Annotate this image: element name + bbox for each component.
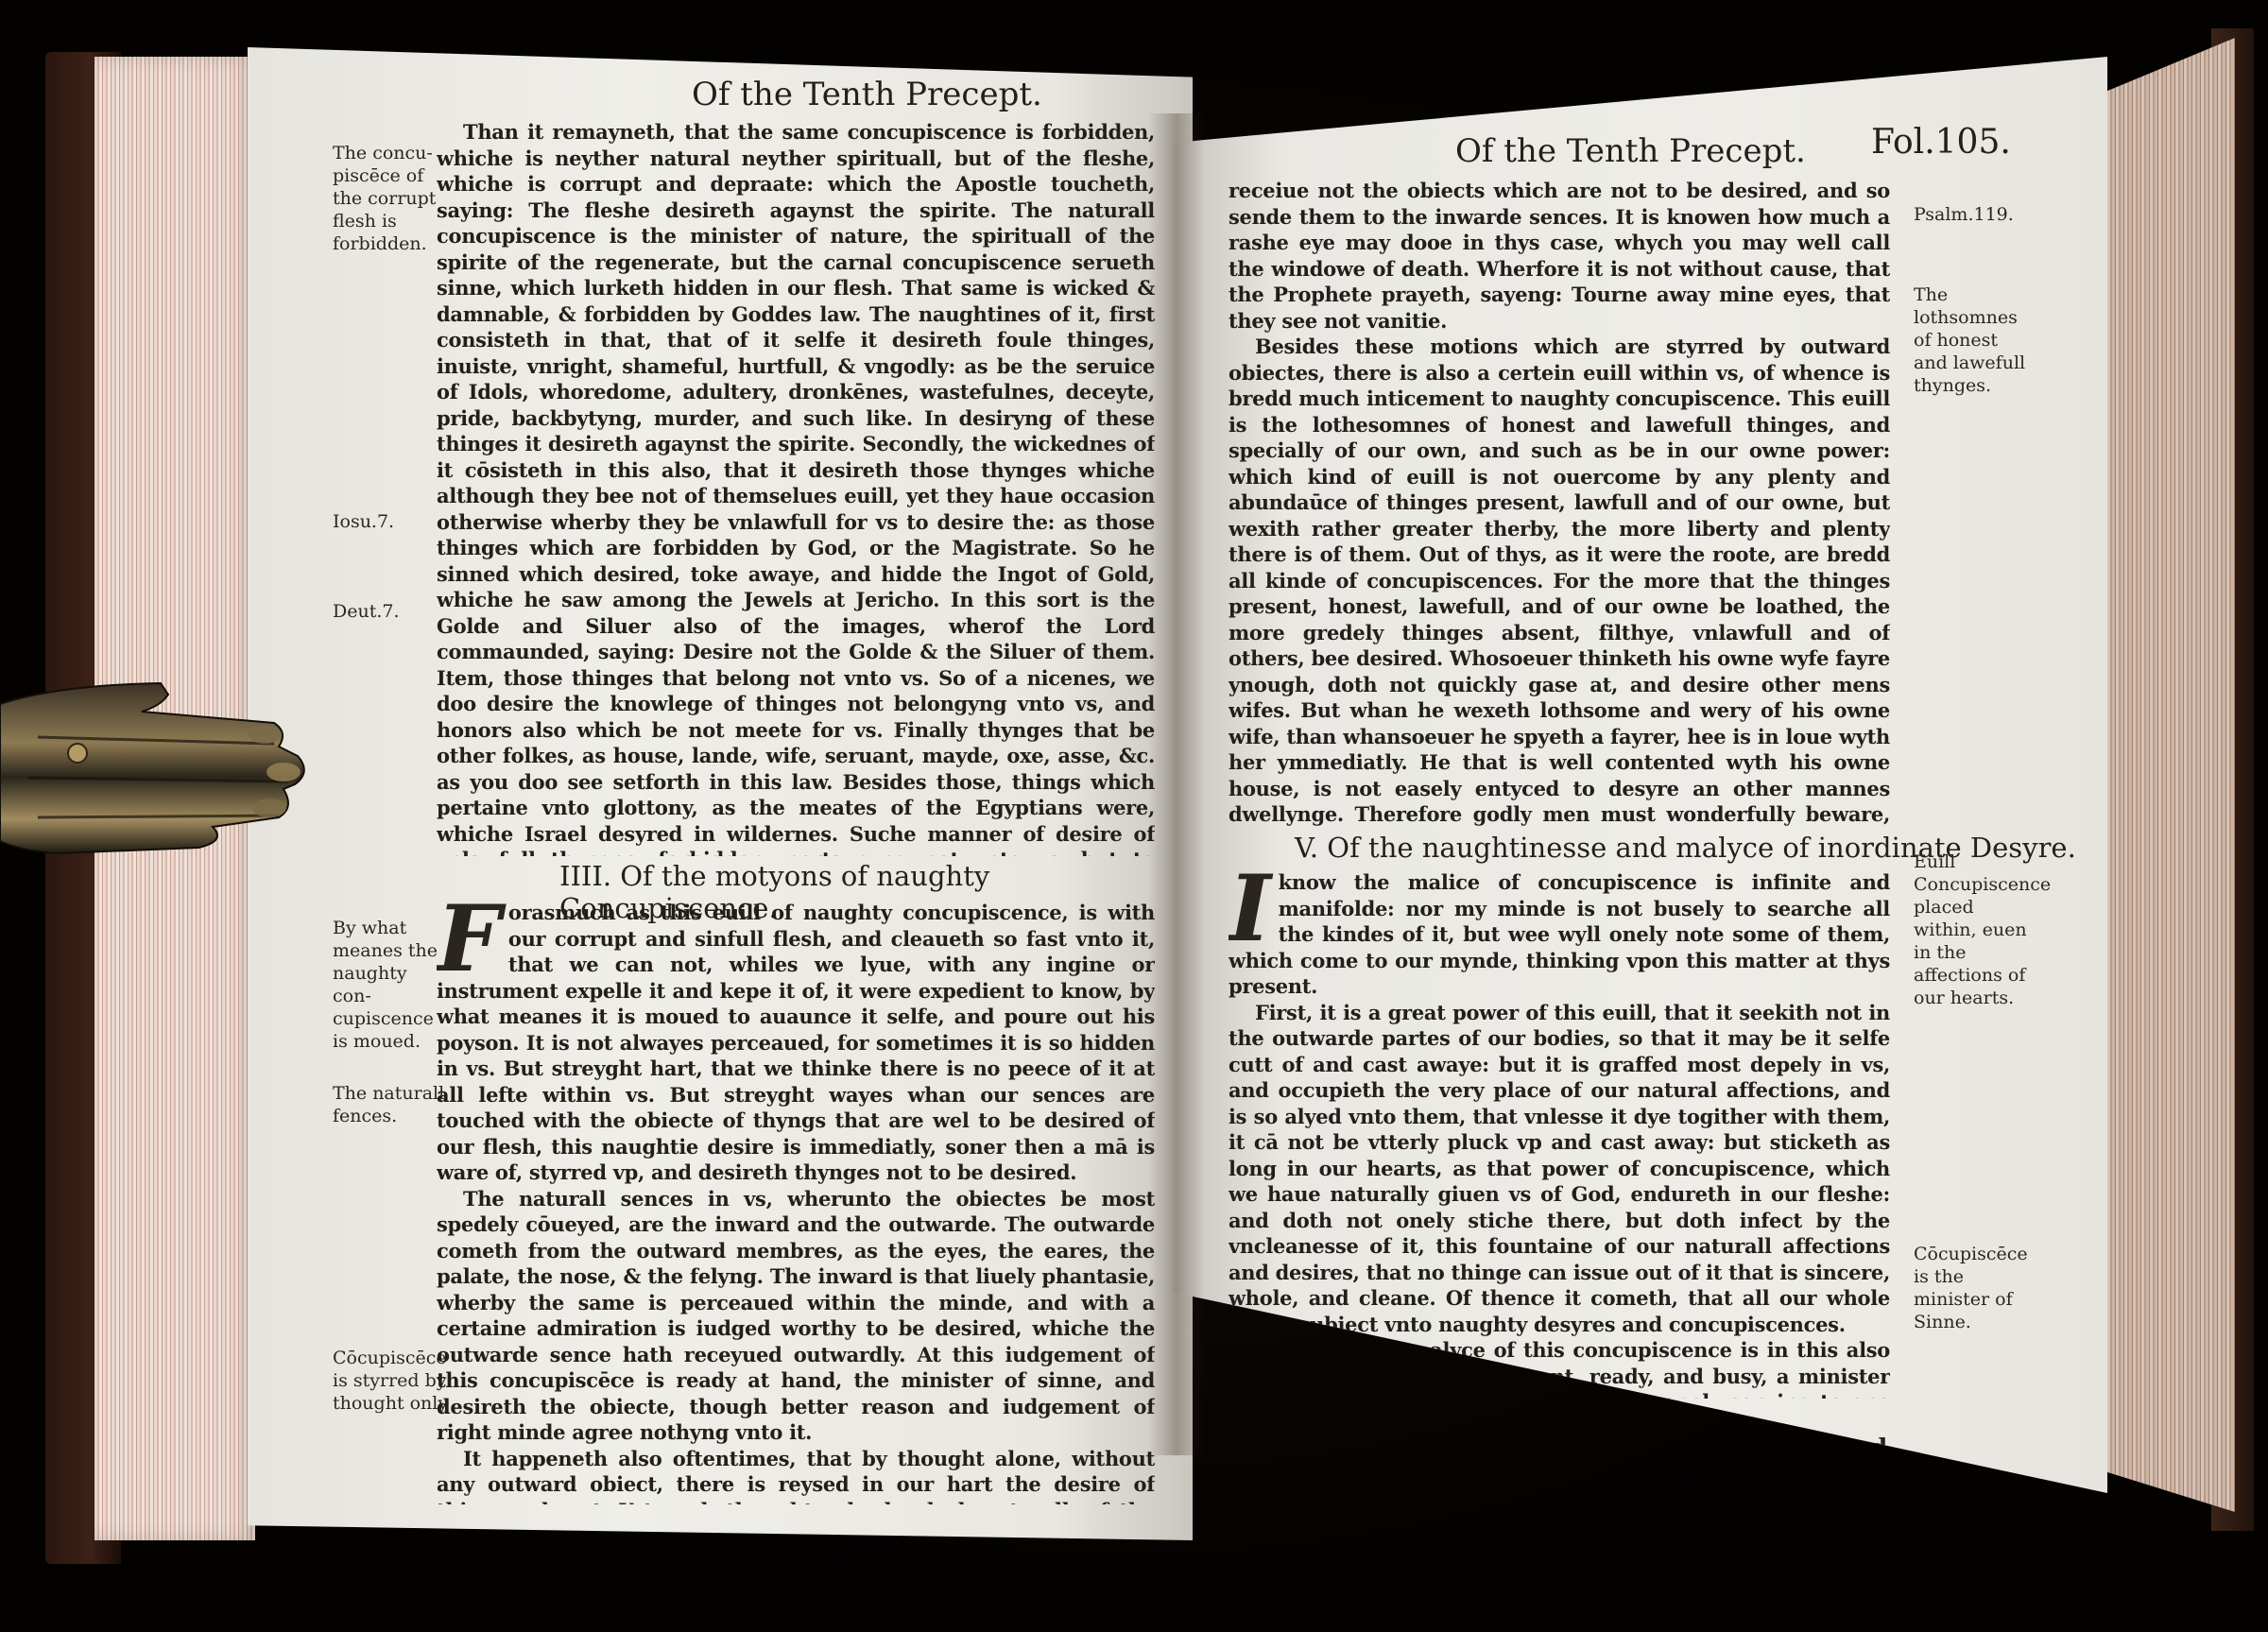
paragraph: Than it remayneth, that the same concupi… [437,119,1155,856]
margin-note: Psalm.119. [1914,203,2032,226]
left-running-head: Of the Tenth Precept. [692,76,1042,113]
paragraph: receiue not the obiects which are not to… [1228,178,1890,334]
margin-note: Deut.7. [333,600,451,623]
dropcap: I [1228,871,1271,947]
margin-note: The concu- piscēce of the corrupt flesh … [333,142,451,255]
right-page: Of the Tenth Precept. Fol.105. receiue n… [1172,57,2107,1493]
margin-note: By what meanes the naughty con- cupiscen… [333,917,451,1053]
paragraph: Besides these motions which are styrred … [1228,334,1890,830]
paragraph: It happeneth also oftentimes, that by th… [437,1446,1155,1505]
bronze-hand-bookmark-icon [0,666,312,865]
dropcap: F [437,902,501,977]
left-text-block-2: F orasmuch as this euill of naughty conc… [437,900,1155,1504]
left-text-block-1: Than it remayneth, that the same concupi… [437,119,1155,856]
paragraph: know the malice of concupiscence is infi… [1228,869,1890,1000]
right-running-head: Of the Tenth Precept. [1455,132,1806,170]
right-text-block-1: receiue not the obiects which are not to… [1228,178,1890,830]
folio-number: Fol.105. [1871,123,2011,162]
right-text-block-2: I know the malice of concupiscence is in… [1228,869,1890,1399]
margin-note: Euill Concupiscence placed within, euen … [1914,850,2032,1009]
paragraph: The naturall sences in vs, wherunto the … [437,1186,1155,1446]
margin-note: Cōcupiscēce is the minister of Sinne. [1914,1243,2032,1333]
margin-note: Iosu.7. [333,510,451,533]
book-gutter [1148,113,1205,1455]
margin-note: The lothsomnes of honest and lawefull th… [1914,283,2032,397]
margin-note: Cōcupiscēce is styrred by thought only [333,1347,451,1415]
left-page: Of the Tenth Precept. The concu- piscēce… [248,47,1193,1540]
page-edges-right [2093,38,2235,1512]
paragraph: First, it is a great power of this euill… [1228,1000,1890,1338]
paragraph: orasmuch as this euill of naughty concup… [437,900,1155,1186]
margin-note: The naturall fences. [333,1082,451,1127]
